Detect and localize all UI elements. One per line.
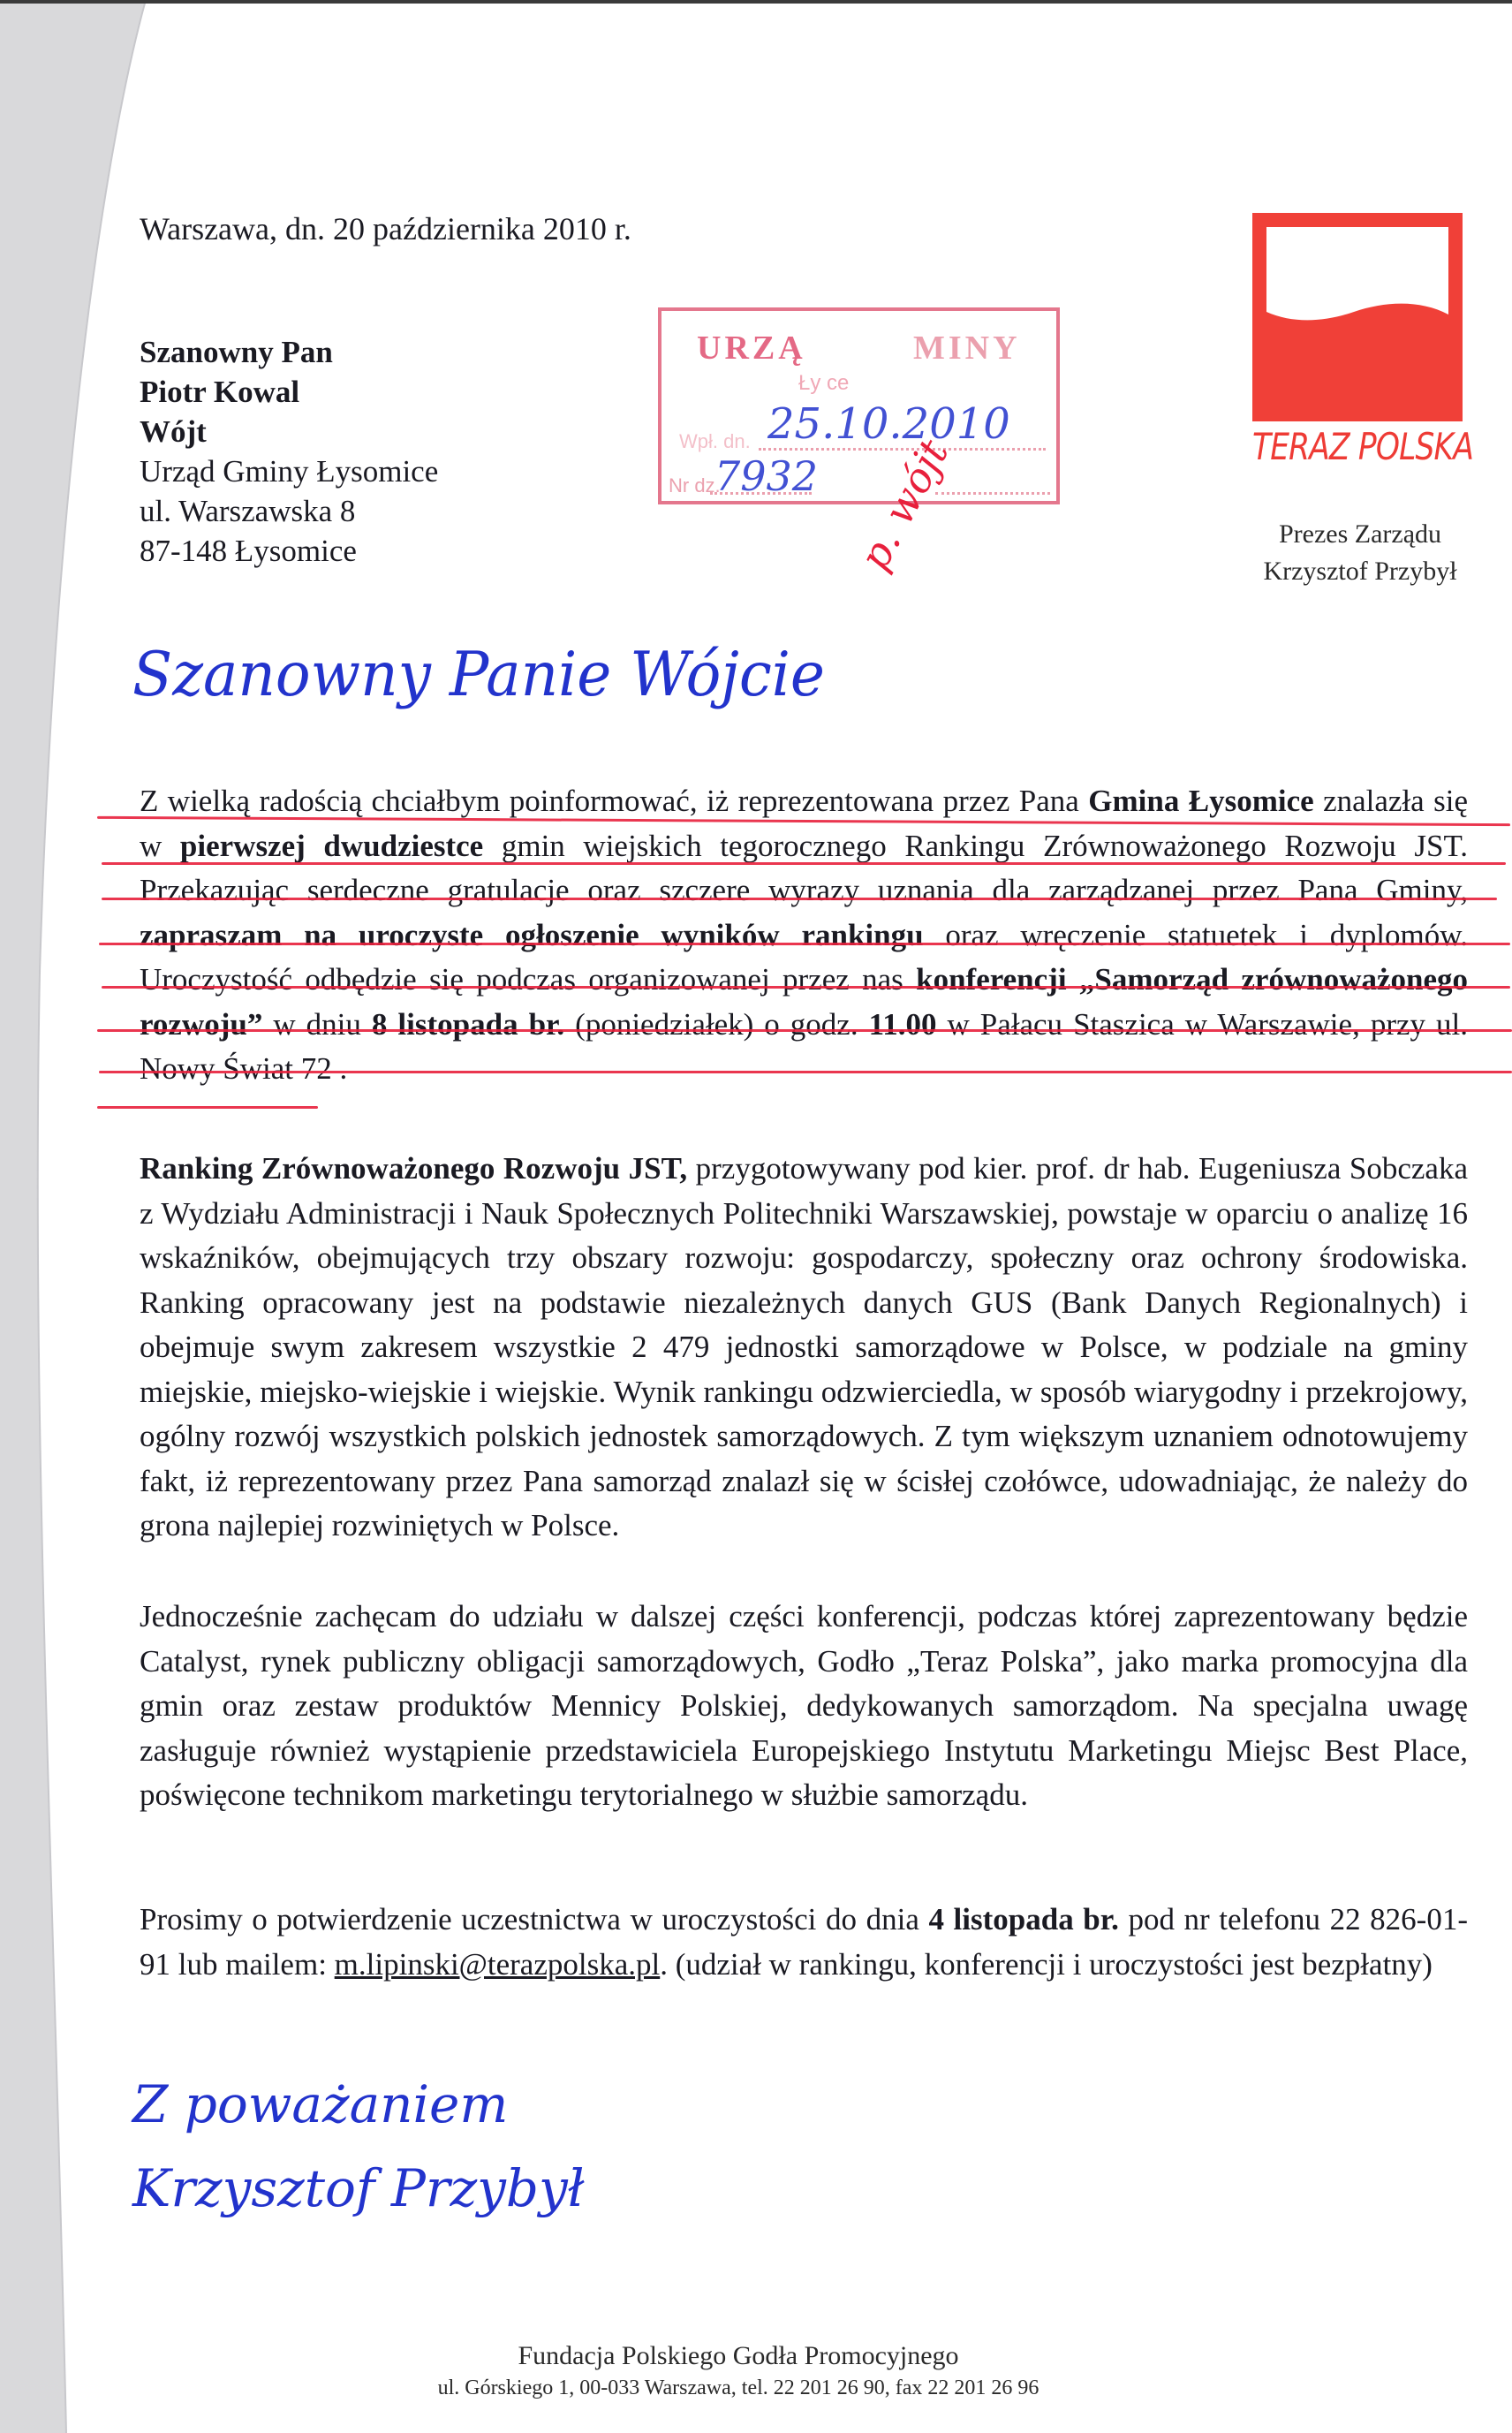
addressee-block: Szanowny Pan Piotr Kowal Wójt Urząd Gmin… [140,332,438,571]
text-segment: . (udział w rankingu, konferencji i uroc… [660,1947,1433,1982]
letter-date: Warszawa, dn. 20 października 2010 r. [140,210,631,247]
stamp-dotted-line [935,492,1050,495]
stamp-title-right: MINY [913,329,1021,368]
sender-name: Krzysztof Przybył [1219,553,1501,590]
flag-emblem-icon [1252,213,1463,421]
addressee-city: 87-148 Łysomice [140,531,438,571]
text-segment: Z wielką radością chciałbym poinformować… [140,784,1088,818]
paragraph-rsvp: Prosimy o potwierdzenie uczestnictwa w u… [140,1898,1468,1987]
stamp-subtitle: Ły ce [798,371,849,396]
red-underline [102,862,1506,865]
addressee-salutation: Szanowny Pan [140,332,438,372]
teraz-polska-logo [1252,213,1463,421]
email-link[interactable]: m.lipinski@terazpolska.pl [335,1947,661,1982]
bold-event-time: 11.00 [869,1007,937,1042]
red-underline [99,943,1510,945]
red-underline [99,1071,1512,1073]
text-segment: przygotowywany pod kier. prof. dr hab. E… [140,1151,1468,1542]
sender-title: Prezes Zarządu [1219,516,1501,553]
addressee-street: ul. Warszawska 8 [140,491,438,531]
text-segment: (poniedziałek) o godz. [564,1007,868,1042]
red-underline [102,898,1497,900]
stamp-handwritten-date: 25.10.2010 [767,399,1010,449]
handwritten-salutation: Szanowny Panie Wójcie [132,639,825,710]
stamp-received-label: Wpł. dn. [679,430,751,453]
signature: Krzysztof Przybył [132,2147,585,2231]
addressee-name: Piotr Kowal [140,372,438,412]
closing-phrase: Z poważaniem [132,2063,585,2147]
text-segment: Prosimy o potwierdzenie uczestnictwa w u… [140,1902,928,1937]
bold-gmina: Gmina Łysomice [1088,784,1313,818]
red-underline [97,1106,318,1109]
stamp-title-left: URZĄ [697,329,806,368]
sender-role-block: Prezes Zarządu Krzysztof Przybył [1219,516,1501,590]
bold-rsvp-deadline: 4 listopada br. [928,1902,1118,1937]
bold-top-twenty: pierwszej dwudziestce [180,829,483,863]
received-stamp: URZĄ MINY Ły ce Wpł. dn. Nr dz. 25.10.20… [658,307,1060,504]
text-segment: Jednocześnie zachęcam do udziału w dalsz… [140,1599,1468,1812]
stamp-handwritten-number: 7932 [714,452,818,500]
footer-organization: Fundacja Polskiego Godła Promocyjnego [0,2341,1494,2371]
addressee-office: Urząd Gminy Łysomice [140,451,438,491]
logo-brand-text: TERAZ POLSKA [1252,425,1426,468]
red-underline [97,1029,1512,1032]
top-scan-edge [0,0,1512,4]
paragraph-conference-agenda: Jednocześnie zachęcam do udziału w dalsz… [140,1595,1468,1818]
bold-ranking-name: Ranking Zrównoważonego Rozwoju JST, [140,1151,687,1186]
paragraph-invitation: Z wielką radością chciałbym poinformować… [140,779,1468,1092]
bold-invitation: zapraszam na uroczyste ogłoszenie wynikó… [140,918,924,952]
bold-event-date: 8 listopada br. [372,1007,564,1042]
text-segment: w dniu [262,1007,372,1042]
paragraph-ranking-description: Ranking Zrównoważonego Rozwoju JST, przy… [140,1147,1468,1549]
footer-address: ul. Górskiego 1, 00-033 Warszawa, tel. 2… [0,2376,1494,2400]
addressee-title: Wójt [140,412,438,451]
red-underline [102,986,1510,989]
handwritten-closing: Z poważaniem Krzysztof Przybył [132,2063,585,2231]
